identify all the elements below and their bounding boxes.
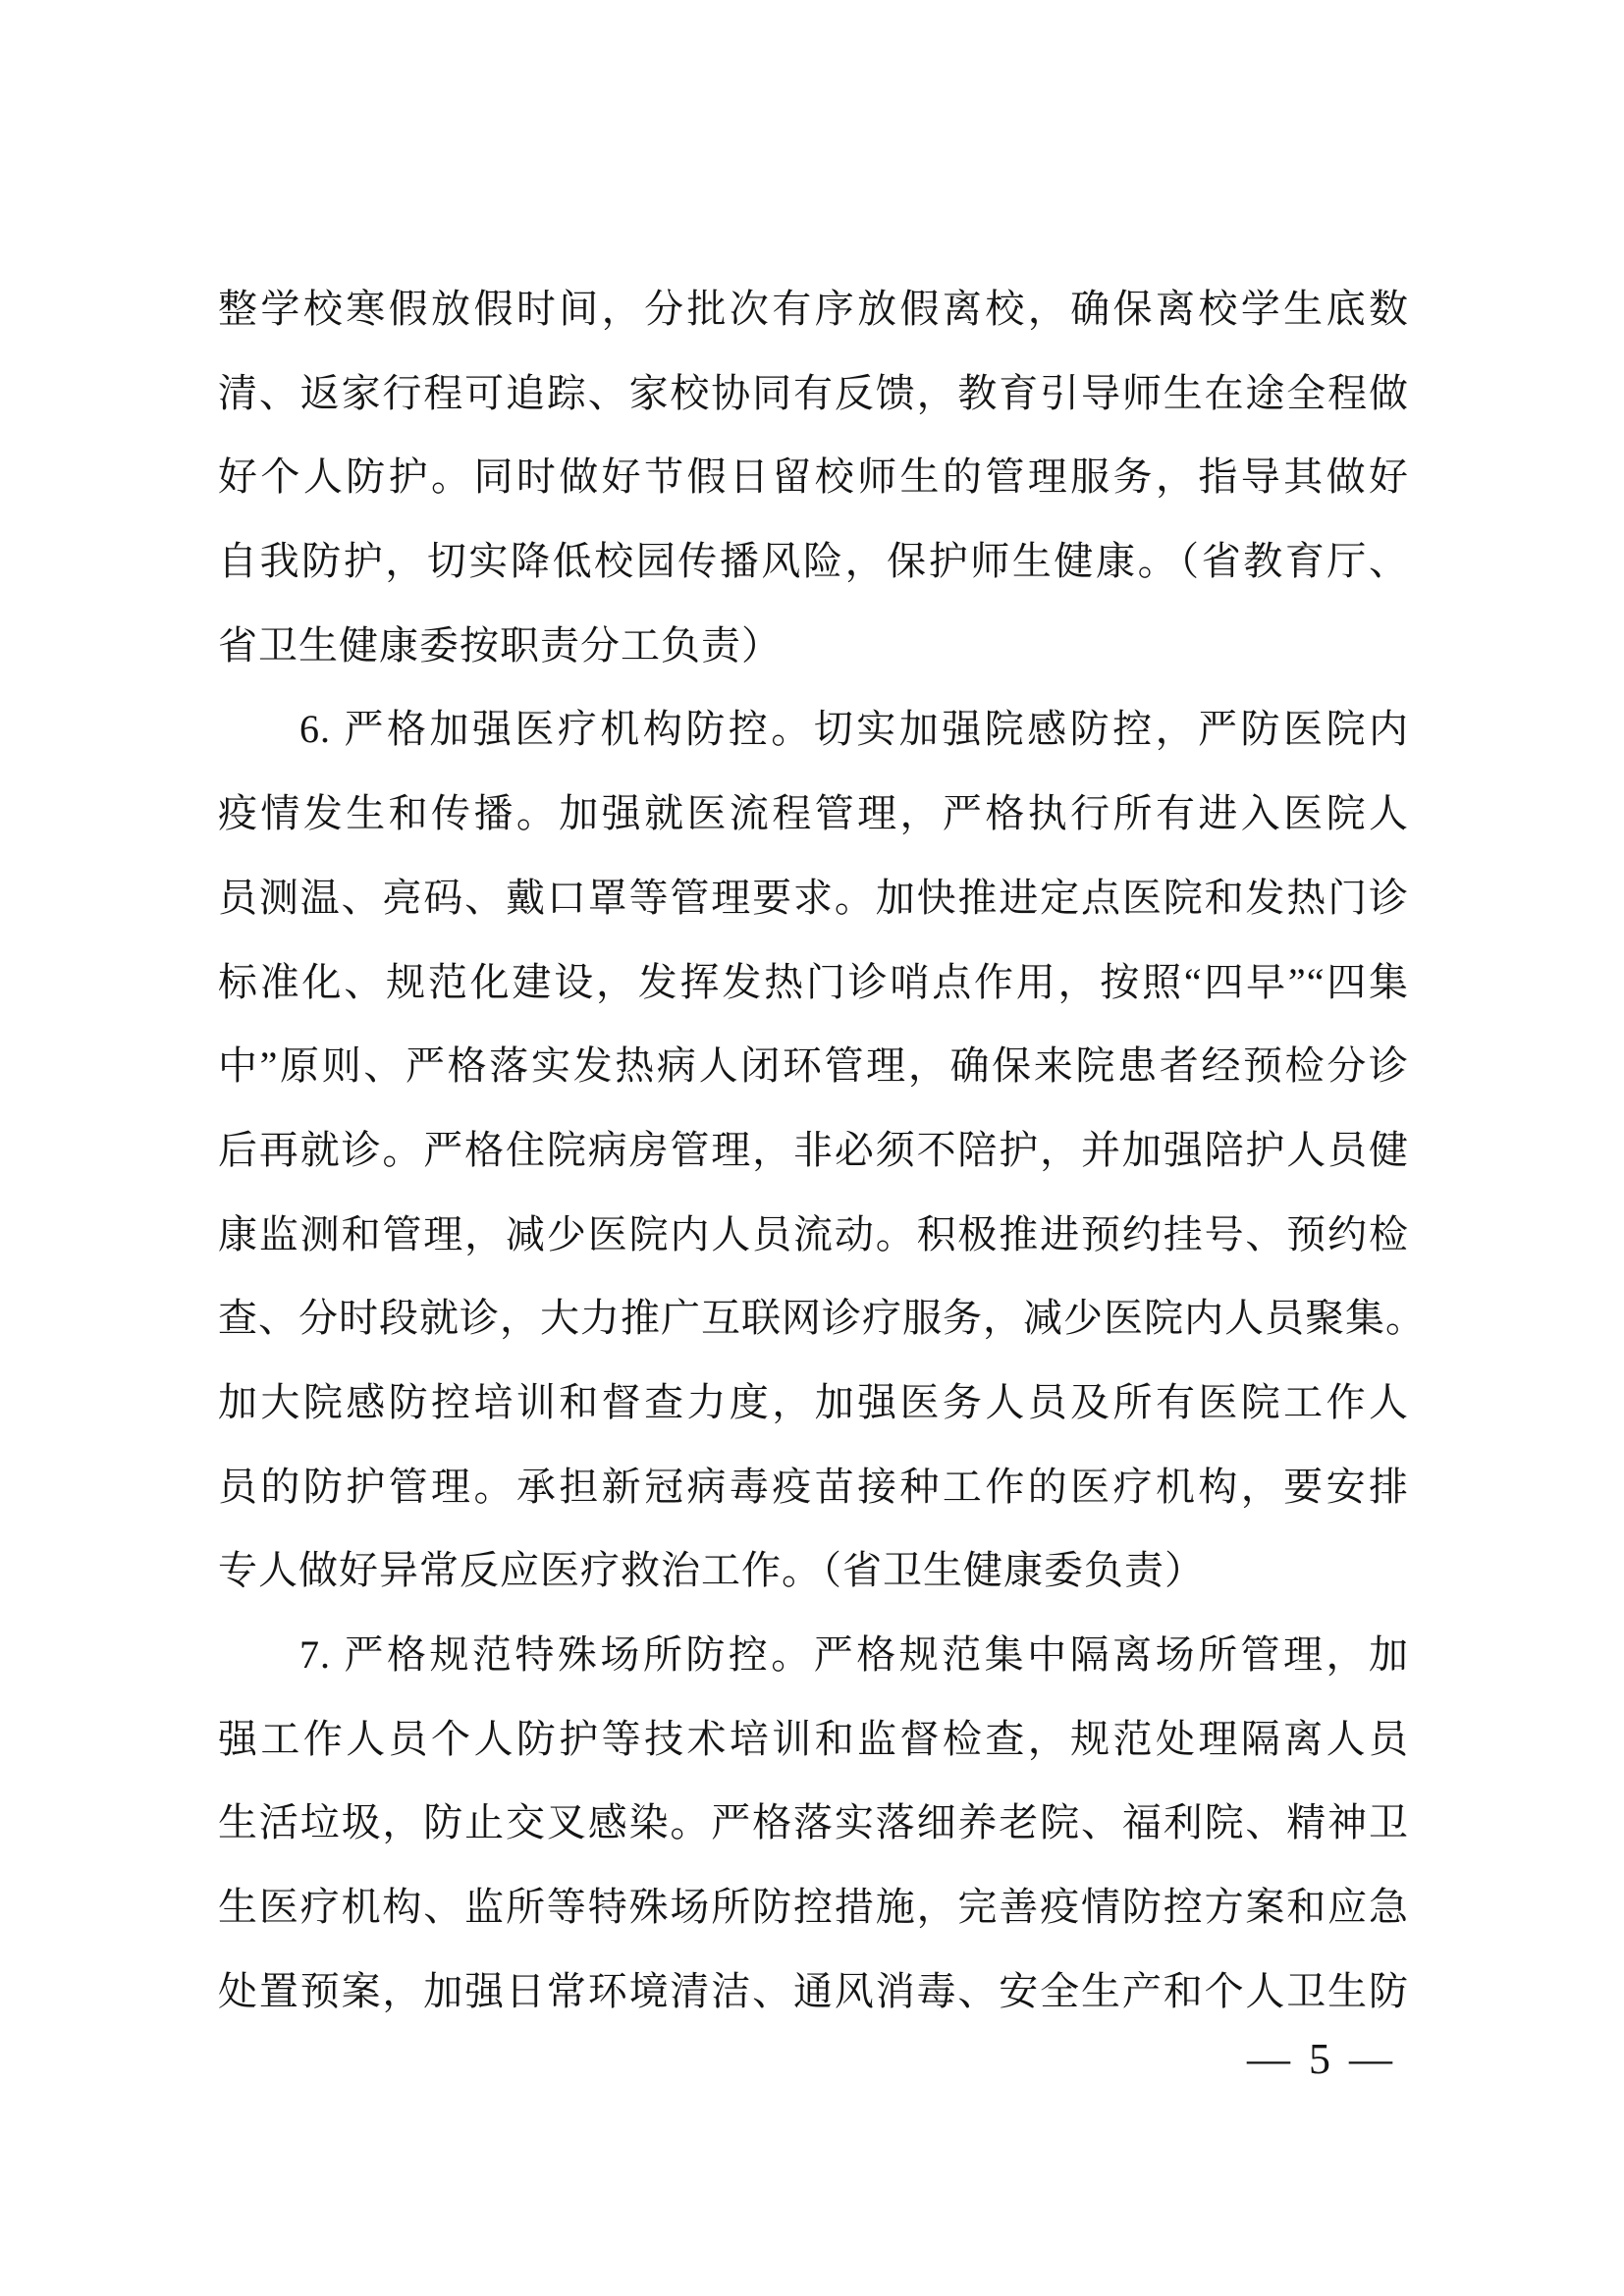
text-line: 加大院感防控培训和督查力度，加强医务人员及所有医院工作人 [218,1361,1409,1445]
text-line: 康监测和管理，减少医院内人员流动。积极推进预约挂号、预约检 [218,1193,1409,1277]
text-line: 员的防护管理。承担新冠病毒疫苗接种工作的医疗机构，要安排 [218,1445,1409,1529]
text-line: 清、返家行程可追踪、家校协同有反馈，教育引导师生在途全程做 [218,351,1409,436]
text-line: 查、分时段就诊，大力推广互联网诊疗服务，减少医院内人员聚集。 [218,1276,1409,1361]
text-line: 生活垃圾，防止交叉感染。严格落实落细养老院、福利院、精神卫 [218,1781,1409,1865]
text-line: 整学校寒假放假时间，分批次有序放假离校，确保离校学生底数 [218,267,1409,351]
text-line-item-7-start: 7. 严格规范特殊场所防控。严格规范集中隔离场所管理，加 [218,1613,1409,1697]
text-line-paragraph-end: 省卫生健康委按职责分工负责） [218,604,1409,688]
text-line: 中”原则、严格落实发热病人闭环管理，确保来院患者经预检分诊 [218,1024,1409,1108]
text-line: 员测温、亮码、戴口罩等管理要求。加快推进定点医院和发热门诊 [218,856,1409,940]
text-line: 后再就诊。严格住院病房管理，非必须不陪护，并加强陪护人员健 [218,1108,1409,1193]
text-line-item-6-start: 6. 严格加强医疗机构防控。切实加强院感防控，严防医院内 [218,687,1409,772]
text-line: 标准化、规范化建设，发挥发热门诊哨点作用，按照“四早”“四集 [218,940,1409,1025]
text-line: 自我防护，切实降低校园传播风险，保护师生健康。（省教育厅、 [218,519,1409,604]
text-line-paragraph-end: 专人做好异常反应医疗救治工作。（省卫生健康委负责） [218,1528,1409,1613]
text-line: 处置预案，加强日常环境清洁、通风消毒、安全生产和个人卫生防 [218,1949,1409,2034]
page-number: — 5 — [1247,2030,1396,2089]
text-line: 好个人防护。同时做好节假日留校师生的管理服务，指导其做好 [218,435,1409,519]
text-line: 疫情发生和传播。加强就医流程管理，严格执行所有进入医院人 [218,772,1409,856]
text-block: 整学校寒假放假时间，分批次有序放假离校，确保离校学生底数 清、返家行程可追踪、家… [218,267,1409,2033]
text-line: 强工作人员个人防护等技术培训和监督检查，规范处理隔离人员 [218,1697,1409,1782]
text-line: 生医疗机构、监所等特殊场所防控措施，完善疫情防控方案和应急 [218,1865,1409,1949]
document-page: 整学校寒假放假时间，分批次有序放假离校，确保离校学生底数 清、返家行程可追踪、家… [0,0,1624,2296]
